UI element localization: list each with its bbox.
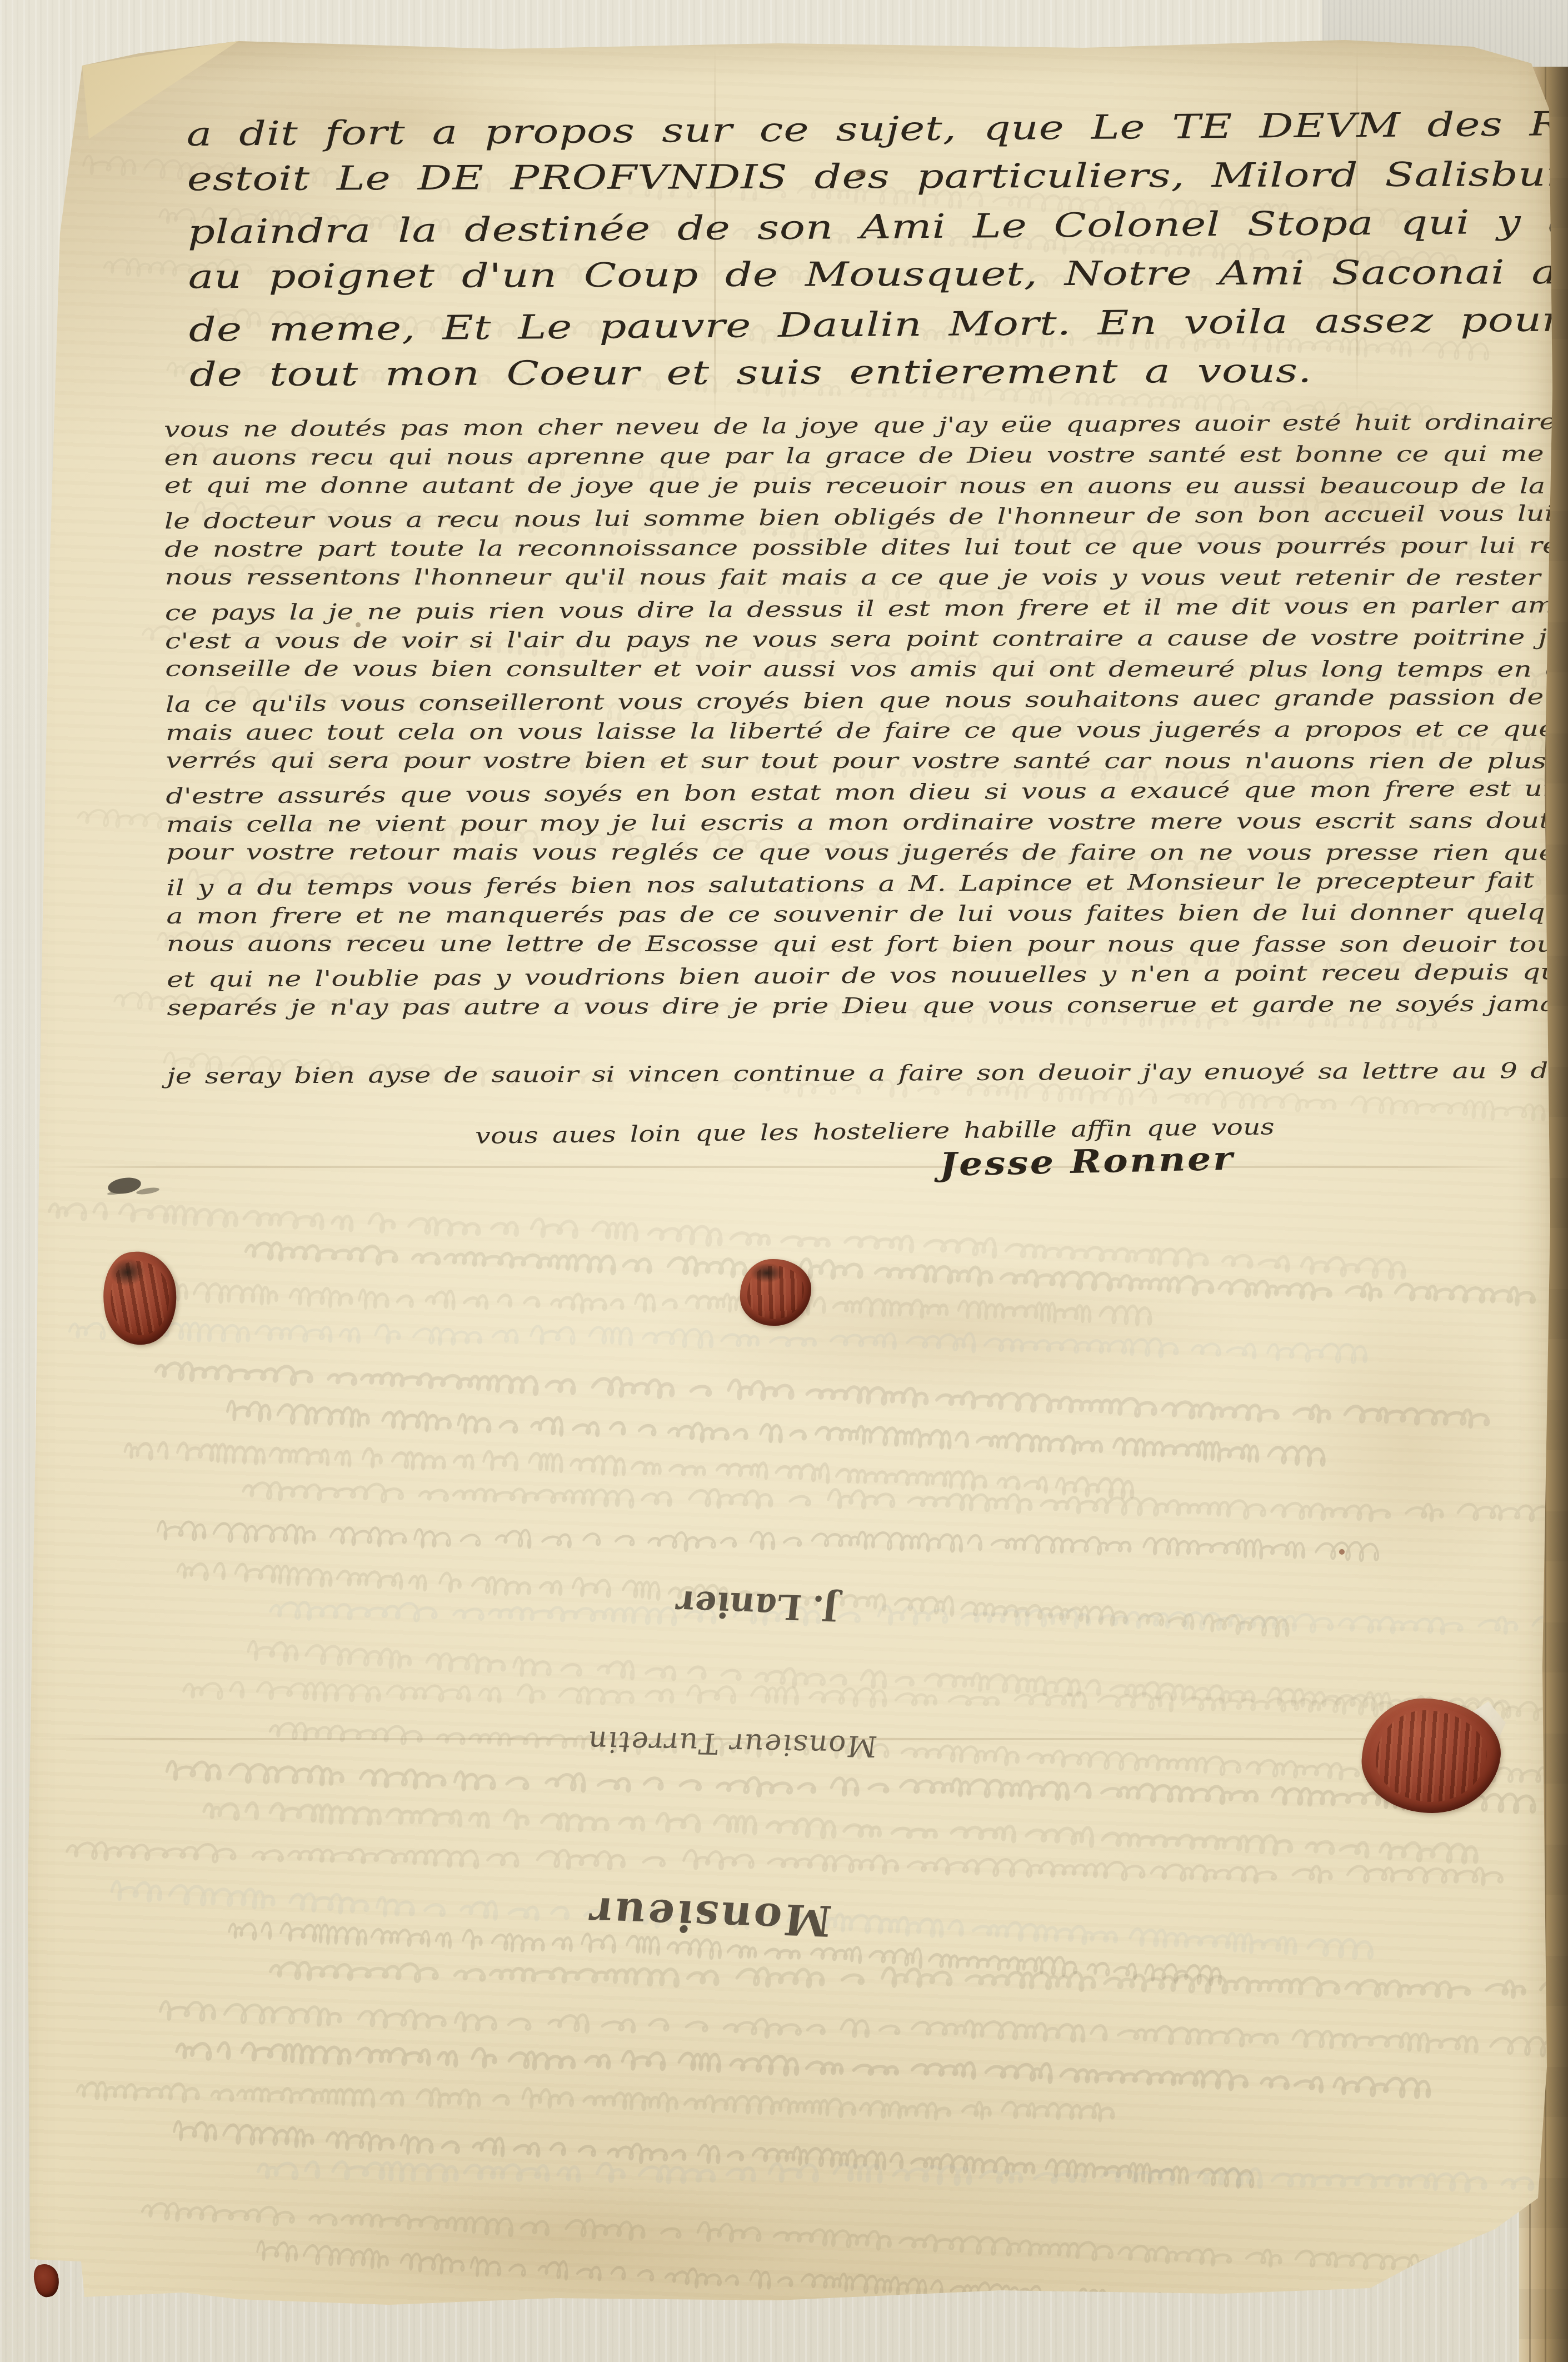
- paper-edge-shading: [0, 0, 1568, 2362]
- letter-page: J. Lanier Monsieur Turretin Monsieur a d…: [0, 0, 1568, 2362]
- manuscript-scan: J. Lanier Monsieur Turretin Monsieur a d…: [0, 0, 1568, 2362]
- wax-seal-remnant: [31, 2261, 62, 2300]
